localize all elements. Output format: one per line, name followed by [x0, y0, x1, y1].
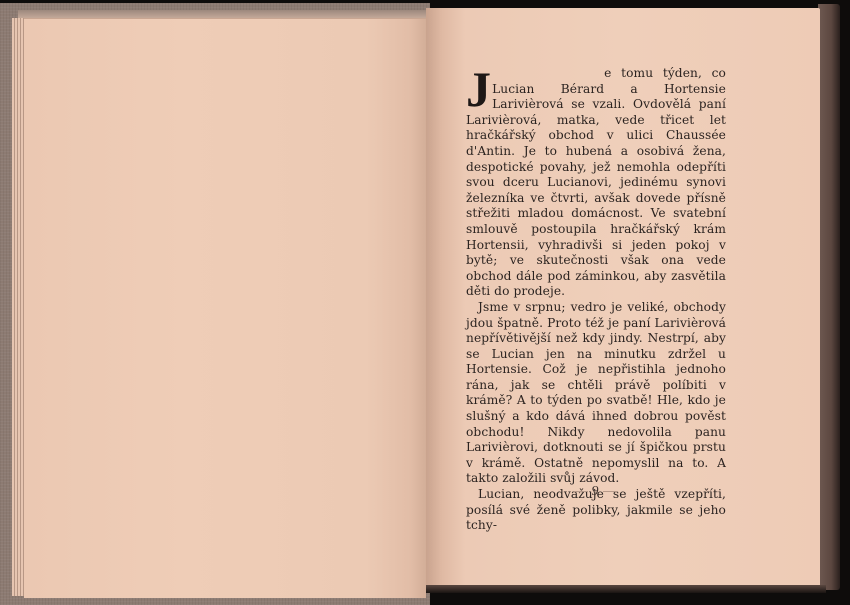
page-number-dash-left	[574, 491, 588, 492]
left-page-blank	[24, 18, 426, 598]
book-cover-right-edge	[818, 4, 840, 590]
paragraph-1-text: e tomu týden, co Lucian Bérard a Hortens…	[466, 66, 726, 298]
page-number: 9	[560, 484, 630, 500]
paragraph-2: Jsme v srpnu; vedro je veliké, obchody j…	[466, 300, 726, 487]
right-page-text-column: Je tomu týden, co Lucian Bérard a Horten…	[466, 66, 726, 534]
drop-cap: J	[466, 66, 491, 109]
right-page-bottom-shadow	[426, 585, 826, 593]
paragraph-1: Je tomu týden, co Lucian Bérard a Horten…	[466, 66, 726, 300]
page-number-value: 9	[592, 484, 599, 499]
page-number-dash-right	[603, 491, 617, 492]
